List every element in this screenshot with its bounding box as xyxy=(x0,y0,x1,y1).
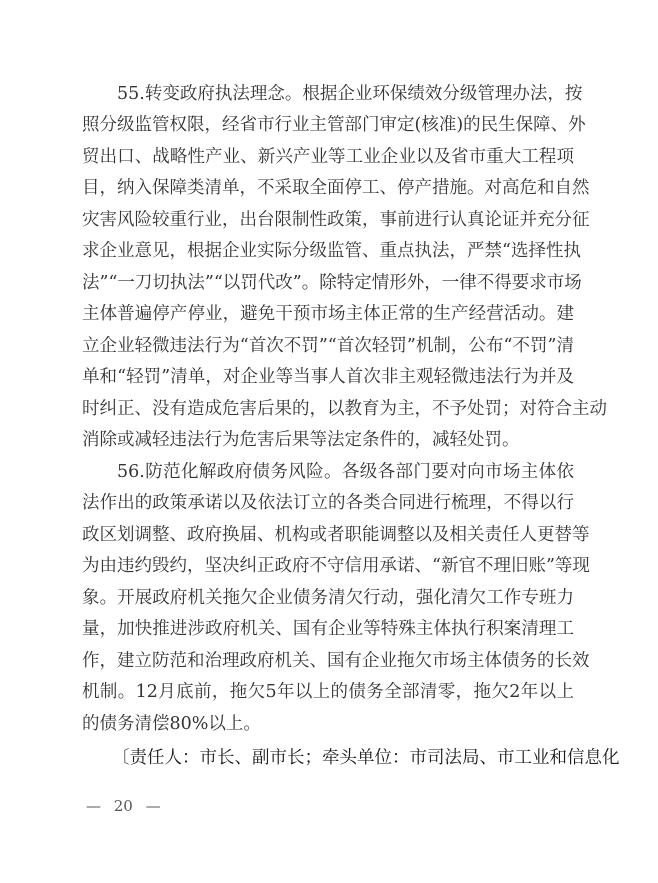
page-number: — 20 — xyxy=(86,797,161,815)
document-page: 55.转变政府执法理念。根据企业环保绩效分级管理办法，按 照分级监管权限，经省市… xyxy=(0,0,658,883)
text-line: 照分级监管权限，经省市行业主管部门审定(核准)的民生保障、外 xyxy=(82,113,574,137)
text-line: 量，加快推进涉政府机关、国有企业等特殊主体执行积案清理工 xyxy=(82,617,574,641)
text-line: 求企业意见，根据企业实际分级监管、重点执法，严禁“选择性执 xyxy=(82,239,574,263)
text-line: 机制。12月底前，拖欠5年以上的债务全部清零，拖欠2年以上 xyxy=(82,680,574,704)
text-line: 主体普遍停产停业，避免干预市场主体正常的生产经营活动。建 xyxy=(82,302,574,326)
text-line: 目，纳入保障类清单，不采取全面停工、停产措施。对高危和自然 xyxy=(82,176,574,200)
text-line: 政区划调整、政府换届、机构或者职能调整以及相关责任人更替等 xyxy=(82,523,574,547)
text-line: 象。开展政府机关拖欠企业债务清欠行动，强化清欠工作专班力 xyxy=(82,586,574,610)
text-line: 时纠正、没有造成危害后果的，以教育为主，不予处罚；对符合主动 xyxy=(82,397,574,421)
text-line: 灾害风险较重行业，出台限制性政策，事前进行认真论证并充分征 xyxy=(82,208,574,232)
text-line: 贸出口、战略性产业、新兴产业等工业企业以及省市重大工程项 xyxy=(82,145,574,169)
text-line: 立企业轻微违法行为“首次不罚”“首次轻罚”机制，公布“不罚”清 xyxy=(82,334,574,358)
text-line: 法”“一刀切执法”“以罚代改”。除特定情形外，一律不得要求市场 xyxy=(82,271,574,295)
text-line: 消除或减轻违法行为危害后果等法定条件的，减轻处罚。 xyxy=(82,428,574,452)
text-line: 56.防范化解政府债务风险。各级各部门要对向市场主体依 xyxy=(117,460,574,484)
responsibility-line: 〔责任人：市长、副市长；牵头单位：市司法局、市工业和信息化 xyxy=(112,746,574,770)
text-line: 为由违约毁约，坚决纠正政府不守信用承诺、“新官不理旧账”等现 xyxy=(82,554,574,578)
text-line: 作，建立防范和治理政府机关、国有企业拖欠市场主体债务的长效 xyxy=(82,649,574,673)
text-line: 55.转变政府执法理念。根据企业环保绩效分级管理办法，按 xyxy=(117,82,574,106)
text-line: 的债务清偿80%以上。 xyxy=(82,712,574,736)
text-line: 单和“轻罚”清单，对企业等当事人首次非主观轻微违法行为并及 xyxy=(82,365,574,389)
text-line: 法作出的政策承诺以及依法订立的各类合同进行梳理，不得以行 xyxy=(82,491,574,515)
